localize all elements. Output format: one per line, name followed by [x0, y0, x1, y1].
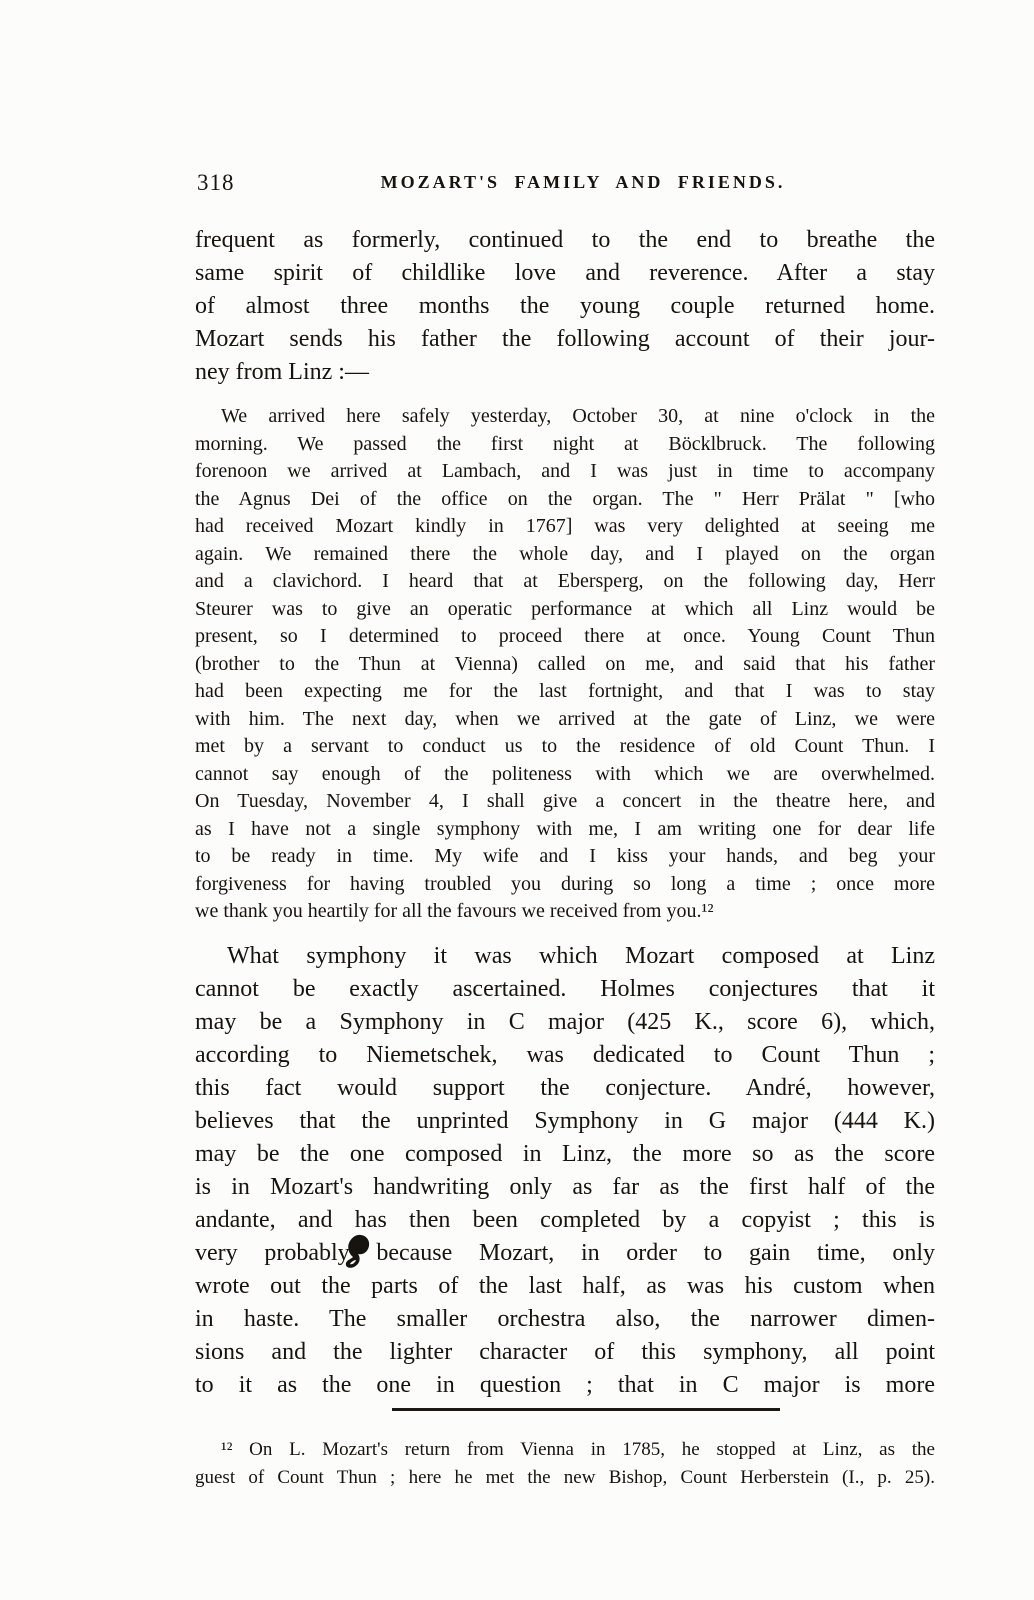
text-line: forenoon we arrived at Lambach, and I wa…: [195, 458, 935, 486]
text-line: frequent as formerly, continued to the e…: [195, 224, 935, 257]
text-line: is in Mozart's handwriting only as far a…: [195, 1171, 935, 1204]
ink-blot: [342, 1233, 376, 1271]
text-line: andante, and has then been completed by …: [195, 1204, 935, 1237]
text-line: sions and the lighter character of this …: [195, 1336, 935, 1369]
text-line: in haste. The smaller orchestra also, th…: [195, 1303, 935, 1336]
text-line: and a clavichord. I heard that at Ebersp…: [195, 568, 935, 596]
text-line: this fact would support the conjecture. …: [195, 1072, 935, 1105]
text-line: had received Mozart kindly in 1767] was …: [195, 513, 935, 541]
text-line: wrote out the parts of the last half, as…: [195, 1270, 935, 1303]
running-title: MOZART'S FAMILY AND FRIENDS.: [225, 172, 941, 193]
text-line: of almost three months the young couple …: [195, 290, 935, 323]
text-line: met by a servant to conduct us to the re…: [195, 733, 935, 761]
text-line: to it as the one in question ; that in C…: [195, 1369, 935, 1402]
text-line: On Tuesday, November 4, I shall give a c…: [195, 788, 935, 816]
discussion-paragraph: What symphony it was which Mozart compos…: [195, 940, 935, 1402]
text-line: very probably because Mozart, in order t…: [195, 1237, 935, 1270]
text-line: present, so I determined to proceed ther…: [195, 623, 935, 651]
text-line: had been expecting me for the last fortn…: [195, 678, 935, 706]
text-line: ney from Linz :—: [195, 356, 935, 389]
text-line: with him. The next day, when we arrived …: [195, 706, 935, 734]
text-line: cannot be exactly ascertained. Holmes co…: [195, 973, 935, 1006]
text-line: we thank you heartily for all the favour…: [195, 898, 935, 926]
footnote-rule: [392, 1408, 780, 1411]
text-line: We arrived here safely yesterday, Octobe…: [195, 403, 935, 431]
text-line: morning. We passed the first night at Bö…: [195, 431, 935, 459]
text-line: believes that the unprinted Symphony in …: [195, 1105, 935, 1138]
page-header: 318 MOZART'S FAMILY AND FRIENDS.: [195, 168, 935, 202]
text-line: ¹² On L. Mozart's return from Vienna in …: [195, 1436, 935, 1464]
text-line: to be ready in time. My wife and I kiss …: [195, 843, 935, 871]
text-line: cannot say enough of the politeness with…: [195, 761, 935, 789]
text-line: Mozart sends his father the following ac…: [195, 323, 935, 356]
text-line: Steurer was to give an operatic performa…: [195, 596, 935, 624]
text-line: same spirit of childlike love and revere…: [195, 257, 935, 290]
text-line: as I have not a single symphony with me,…: [195, 816, 935, 844]
text-line: What symphony it was which Mozart compos…: [195, 940, 935, 973]
book-page: 318 MOZART'S FAMILY AND FRIENDS. frequen…: [0, 0, 1034, 1600]
text-line: guest of Count Thun ; here he met the ne…: [195, 1464, 935, 1492]
footnote: ¹² On L. Mozart's return from Vienna in …: [195, 1436, 935, 1492]
text-line: according to Niemetschek, was dedicated …: [195, 1039, 935, 1072]
text-line: may be a Symphony in C major (425 K., sc…: [195, 1006, 935, 1039]
text-line: (brother to the Thun at Vienna) called o…: [195, 651, 935, 679]
text-line: again. We remained there the whole day, …: [195, 541, 935, 569]
intro-paragraph: frequent as formerly, continued to the e…: [195, 224, 935, 389]
letter-quote: We arrived here safely yesterday, Octobe…: [195, 403, 935, 926]
text-line: may be the one composed in Linz, the mor…: [195, 1138, 935, 1171]
text-line: the Agnus Dei of the office on the organ…: [195, 486, 935, 514]
text-line: forgiveness for having troubled you duri…: [195, 871, 935, 899]
